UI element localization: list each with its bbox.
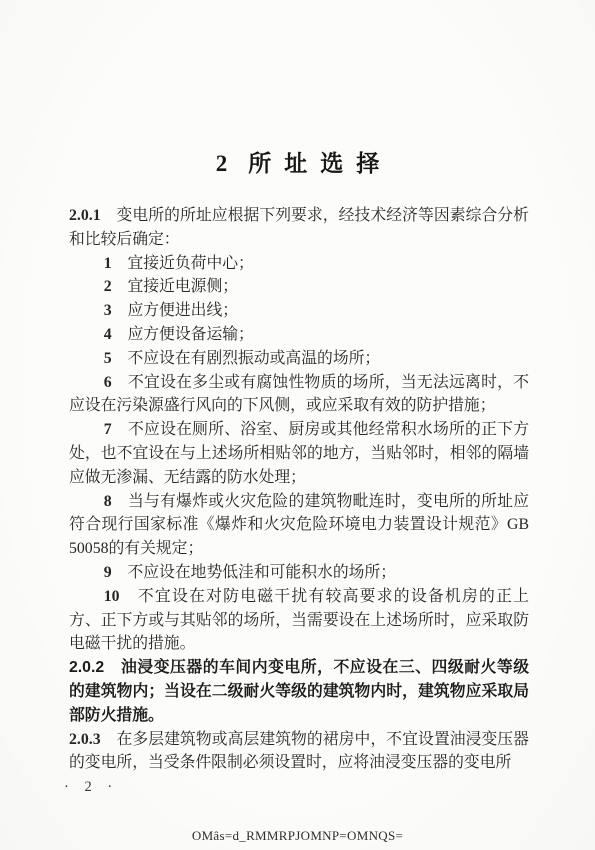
list-item-paragraph: 9 不应设在地势低洼和可能积水的场所； [69, 561, 529, 585]
chapter-title: 2所址选择 [0, 145, 595, 178]
paragraph-number: 10 [104, 588, 138, 605]
document-body: 2.0.1 变电所的所址应根据下列要求，经技术经济等因素综合分析和比较后确定：1… [69, 204, 529, 775]
list-item-paragraph: 8 当与有爆炸或火灾危险的建筑物毗连时，变电所的所址应符合现行国家标准《爆炸和火… [69, 490, 529, 561]
paragraph-number: 2.0.3 [69, 731, 117, 748]
chapter-title-text: 所址选择 [248, 145, 392, 178]
clause-paragraph: 2.0.1 变电所的所址应根据下列要求，经技术经济等因素综合分析和比较后确定： [69, 204, 529, 252]
paragraph-number: 6 [104, 374, 128, 391]
list-item-paragraph: 5 不应设在有剧烈振动或高温的场所； [69, 347, 529, 371]
page-number: · 2 · [64, 779, 118, 796]
list-item-paragraph: 3 应方便进出线； [69, 299, 529, 323]
paragraph-number: 5 [104, 350, 128, 367]
paragraph-number: 8 [104, 493, 128, 510]
list-item-paragraph: 7 不应设在厕所、浴室、厨房或其他经常积水场所的正下方处，也不宜设在与上述场所相… [69, 418, 529, 489]
paragraph-number: 7 [104, 421, 128, 438]
scanned-document-page: 2所址选择 2.0.1 变电所的所址应根据下列要求，经技术经济等因素综合分析和比… [0, 0, 595, 850]
paragraph-number: 2 [104, 278, 128, 295]
paragraph-number: 2.0.2 [69, 659, 121, 676]
paragraph-number: 2.0.1 [69, 207, 117, 224]
list-item-paragraph: 1 宜接近负荷中心； [69, 252, 529, 276]
list-item-paragraph: 4 应方便设备运输； [69, 323, 529, 347]
paragraph-number: 4 [104, 326, 128, 343]
chapter-number: 2 [216, 151, 228, 177]
footer-code-line: OMâs=d_RMMRPJOMNP=OMNQS= [0, 828, 595, 844]
list-item-paragraph: 2 宜接近电源侧； [69, 275, 529, 299]
list-item-paragraph: 10 不宜设在对防电磁干扰有较高要求的设备机房的正上方、正下方或与其贴邻的场所，… [69, 585, 529, 656]
clause-paragraph: 2.0.3 在多层建筑物或高层建筑物的裙房中，不宜设置油浸变压器的变电所，当受条… [69, 728, 529, 776]
clause-paragraph: 2.0.2 油浸变压器的车间内变电所，不应设在三、四级耐火等级的建筑物内；当设在… [69, 656, 529, 727]
paragraph-number: 3 [104, 302, 128, 319]
list-item-paragraph: 6 不宜设在多尘或有腐蚀性物质的场所，当无法远离时，不应设在污染源盛行风向的下风… [69, 371, 529, 419]
paragraph-number: 9 [104, 564, 128, 581]
paragraph-number: 1 [104, 255, 128, 272]
